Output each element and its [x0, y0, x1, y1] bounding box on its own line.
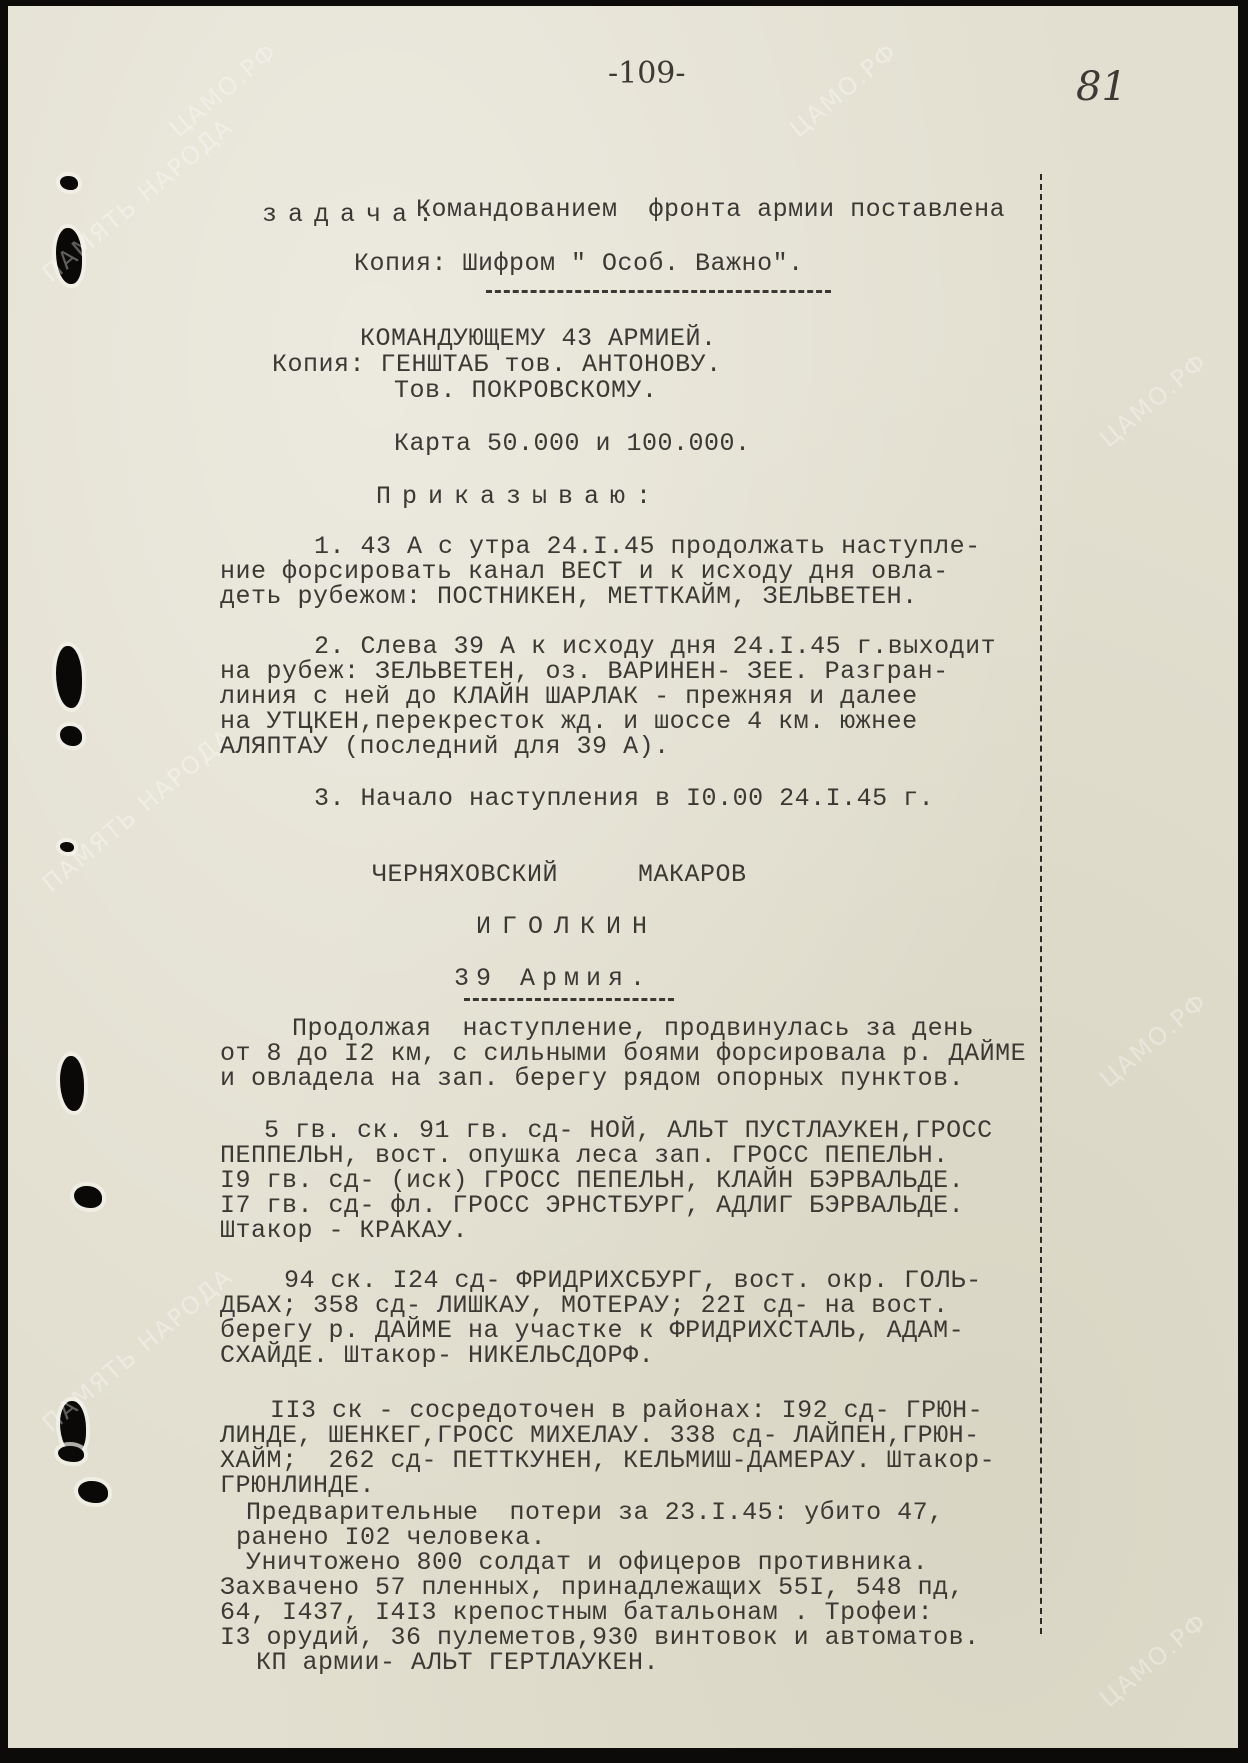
- punch-hole: [58, 1446, 84, 1462]
- order-item-1: 1. 43 А с утра 24.I.45 продолжать наступ…: [314, 534, 981, 559]
- punch-hole: [60, 842, 74, 852]
- order-item-2: АЛЯПТАУ (последний для 39 А).: [220, 734, 670, 759]
- army-report-summary: и овладела на зап. берегу рядом опорных …: [220, 1066, 964, 1091]
- addressee-copy-genshtab: Копия: ГЕНШТАБ тов. АНТОНОВУ.: [272, 352, 722, 377]
- punch-hole: [56, 646, 82, 708]
- order-item-2: линия с ней до КЛАЙН ШАРЛАК - прежняя и …: [220, 684, 918, 709]
- header-task-label: задача:: [262, 202, 444, 227]
- army-report-113-corps: ГРЮНЛИНДЕ.: [220, 1473, 375, 1498]
- divider: [464, 998, 674, 1001]
- copy-cipher-line: Копия: Шифром " Особ. Важно".: [354, 251, 804, 276]
- punch-hole: [56, 228, 82, 284]
- army-report-losses: Предварительные потери за 23.I.45: убито…: [246, 1500, 944, 1525]
- order-item-3: 3. Начало наступления в I0.00 24.I.45 г.: [314, 786, 934, 811]
- army-report-5gv-corps: ПЕППЕЛЬН, вост. опушка леса зап. ГРОСС П…: [220, 1143, 949, 1168]
- watermark: ЦАМО.РФ: [1094, 347, 1213, 453]
- map-reference: Карта 50.000 и 100.000.: [394, 431, 751, 456]
- watermark: ЦАМО.РФ: [164, 37, 283, 143]
- army-section-title: 39 Армия.: [454, 966, 652, 991]
- order-item-1: деть рубежом: ПОСТНИКЕН, МЕТТКАЙМ, ЗЕЛЬВ…: [220, 584, 918, 609]
- signature-igolkin: ИГОЛКИН: [476, 914, 658, 939]
- header-text: Командованием фронта армии поставлена: [416, 195, 1005, 224]
- divider: [486, 290, 831, 293]
- army-report-113-corps: ХАЙМ; 262 сд- ПЕТТКУНЕН, КЕЛЬМИШ-ДАМЕРАУ…: [220, 1448, 995, 1473]
- army-report-5gv-corps: I9 гв. сд- (иск) ГРОСС ПЕПЕЛЬН, КЛАЙН БЭ…: [220, 1168, 964, 1193]
- page-number-stamp: -109-: [608, 56, 686, 91]
- army-report-94-corps: берегу р. ДАЙМЕ на участке к ФРИДРИХСТАЛ…: [220, 1318, 964, 1343]
- army-report-losses: 64, I437, I4I3 крепостным батальонам . Т…: [220, 1600, 933, 1625]
- order-item-2: 2. Слева 39 А к исходу дня 24.I.45 г.вых…: [314, 634, 996, 659]
- punch-hole: [60, 726, 82, 746]
- order-item-2: на УТЦКЕН,перекресток жд. и шоссе 4 км. …: [220, 709, 918, 734]
- punch-hole: [60, 176, 78, 190]
- army-report-summary: Продолжая наступление, продвинулась за д…: [292, 1016, 974, 1041]
- signature-makarov: МАКАРОВ: [638, 862, 747, 887]
- order-item-1: ние форсировать канал ВЕСТ и к исходу дн…: [220, 559, 949, 584]
- army-report-summary: от 8 до I2 км, с сильными боями форсиров…: [220, 1041, 1026, 1066]
- army-report-losses: I3 орудий, 36 пулеметов,930 винтовок и а…: [220, 1625, 980, 1650]
- sheet-number-handwritten: 81: [1076, 64, 1127, 110]
- army-report-5gv-corps: Штакор - КРАКАУ.: [220, 1218, 468, 1243]
- watermark: ЦАМО.РФ: [1094, 1607, 1213, 1713]
- watermark: ЦАМО.РФ: [784, 37, 903, 143]
- army-report-5gv-corps: I7 гв. сд- фл. ГРОСС ЭРНСТБУРГ, АДЛИГ БЭ…: [220, 1193, 964, 1218]
- punch-hole: [60, 1056, 84, 1111]
- army-report-113-corps: II3 ск - сосредоточен в районах: I92 сд-…: [270, 1398, 983, 1423]
- margin-rule: [1040, 174, 1042, 1634]
- order-heading: Приказываю:: [376, 484, 662, 509]
- army-report-5gv-corps: 5 гв. ск. 91 гв. сд- НОЙ, АЛЬТ ПУСТЛАУКЕ…: [264, 1118, 993, 1143]
- army-command-post: КП армии- АЛЬТ ГЕРТЛАУКЕН.: [256, 1650, 659, 1675]
- order-item-2: на рубеж: ЗЕЛЬВЕТЕН, оз. ВАРИНЕН- ЗЕЕ. Р…: [220, 659, 949, 684]
- signature-chernyakhovsky: ЧЕРНЯХОВСКИЙ: [372, 862, 558, 887]
- army-report-94-corps: СХАЙДЕ. Штакор- НИКЕЛЬСДОРФ.: [220, 1343, 654, 1368]
- army-report-losses: ранено I02 человека.: [236, 1525, 546, 1550]
- army-report-losses: Уничтожено 800 солдат и офицеров противн…: [246, 1550, 928, 1575]
- watermark: ЦАМО.РФ: [1094, 987, 1213, 1093]
- watermark: ПАМЯТЬ НАРОДА: [37, 722, 239, 897]
- header-line: Командованием фронта армии поставлена: [354, 172, 1005, 247]
- document-page: ЦАМО.РФ ЦАМО.РФ ПАМЯТЬ НАРОДА ЦАМО.РФ ПА…: [8, 6, 1238, 1748]
- army-report-94-corps: 94 ск. I24 сд- ФРИДРИХСБУРГ, вост. окр. …: [284, 1268, 982, 1293]
- punch-hole: [78, 1481, 108, 1503]
- army-report-94-corps: ДБАХ; 358 сд- ЛИШКАУ, МОТЕРАУ; 22I сд- н…: [220, 1293, 949, 1318]
- army-report-losses: Захвачено 57 пленных, принадлежащих 55I,…: [220, 1575, 964, 1600]
- army-report-113-corps: ЛИНДЕ, ШЕНКЕГ,ГРОСС МИХЕЛАУ. 338 сд- ЛАЙ…: [220, 1423, 980, 1448]
- addressee-pokrovsky: Тов. ПОКРОВСКОМУ.: [394, 378, 658, 403]
- punch-hole: [74, 1186, 102, 1208]
- addressee-commander: КОМАНДУЮЩЕМУ 43 АРМИЕЙ.: [360, 326, 717, 351]
